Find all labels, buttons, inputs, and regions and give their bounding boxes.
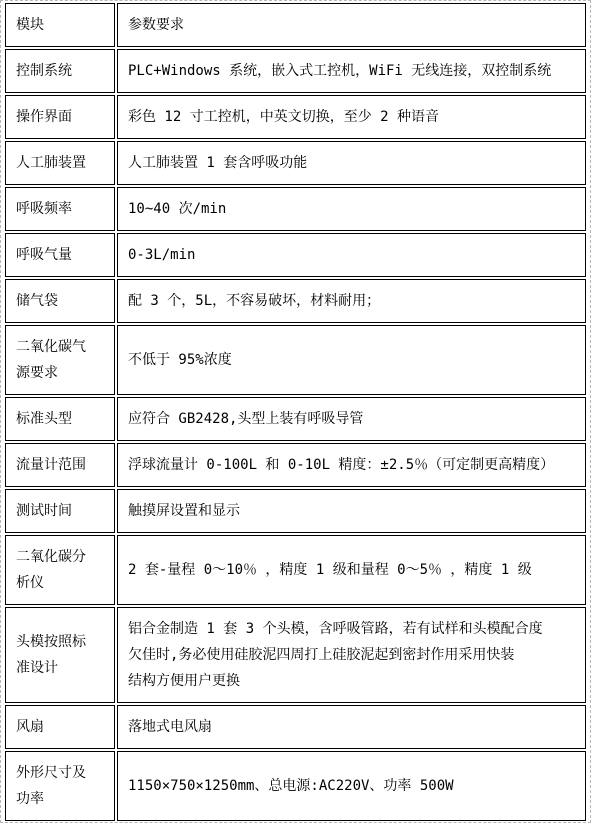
spec-row-dimensions-power: 外形尺寸及 功率 1150×750×1250mm、总电源:AC220V、功率 5… xyxy=(5,751,586,821)
spec-row-breath-rate: 呼吸频率 10~40 次/min xyxy=(5,187,586,231)
requirement-cell: 落地式电风扇 xyxy=(117,705,586,749)
spec-row-co2-analyzer: 二氧化碳分 析仪 2 套-量程 0～10％ ，精度 1 级和量程 0～5％ ，精… xyxy=(5,535,586,605)
module-header-cell: 模块 xyxy=(5,3,115,47)
spec-row-gas-bag: 储气袋 配 3 个，5L，不容易破坏，材料耐用； xyxy=(5,279,586,323)
requirement-cell: 浮球流量计 0-100L 和 0-10L 精度：±2.5％（可定制更高精度） xyxy=(117,443,586,487)
spec-header-row: 模块 参数要求 xyxy=(5,3,586,47)
spec-row-standard-head: 标准头型 应符合 GB2428,头型上装有呼吸导管 xyxy=(5,397,586,441)
module-cell: 人工肺装置 xyxy=(5,141,115,185)
requirement-cell: 不低于 95%浓度 xyxy=(117,325,586,395)
module-cell: 呼吸气量 xyxy=(5,233,115,277)
spec-row-co2-source: 二氧化碳气 源要求 不低于 95%浓度 xyxy=(5,325,586,395)
spec-row-breath-volume: 呼吸气量 0-3L/min xyxy=(5,233,586,277)
module-cell: 二氧化碳分 析仪 xyxy=(5,535,115,605)
requirement-cell: 配 3 个，5L，不容易破坏，材料耐用； xyxy=(117,279,586,323)
module-cell: 头模按照标 准设计 xyxy=(5,607,115,703)
module-cell: 标准头型 xyxy=(5,397,115,441)
requirement-header-cell: 参数要求 xyxy=(117,3,586,47)
requirement-cell: 1150×750×1250mm、总电源:AC220V、功率 500W xyxy=(117,751,586,821)
spec-row-head-mold: 头模按照标 准设计 铝合金制造 1 套 3 个头模，含呼吸管路，若有试样和头模配… xyxy=(5,607,586,703)
module-cell: 储气袋 xyxy=(5,279,115,323)
spec-row-artificial-lung: 人工肺装置 人工肺装置 1 套含呼吸功能 xyxy=(5,141,586,185)
spec-table: 模块 参数要求 控制系统 PLC+Windows 系统，嵌入式工控机，WiFi … xyxy=(3,1,588,823)
module-cell: 外形尺寸及 功率 xyxy=(5,751,115,821)
requirement-cell: 0-3L/min xyxy=(117,233,586,277)
spec-row-test-time: 测试时间 触摸屏设置和显示 xyxy=(5,489,586,533)
requirement-cell: PLC+Windows 系统，嵌入式工控机，WiFi 无线连接，双控制系统 xyxy=(117,49,586,93)
requirement-cell: 2 套-量程 0～10％ ，精度 1 级和量程 0～5％ ，精度 1 级 xyxy=(117,535,586,605)
module-cell: 风扇 xyxy=(5,705,115,749)
requirement-cell: 彩色 12 寸工控机，中英文切换，至少 2 种语音 xyxy=(117,95,586,139)
requirement-cell: 人工肺装置 1 套含呼吸功能 xyxy=(117,141,586,185)
module-cell: 流量计范围 xyxy=(5,443,115,487)
module-cell: 二氧化碳气 源要求 xyxy=(5,325,115,395)
requirement-cell: 10~40 次/min xyxy=(117,187,586,231)
spec-row-flowmeter-range: 流量计范围 浮球流量计 0-100L 和 0-10L 精度：±2.5％（可定制更… xyxy=(5,443,586,487)
spec-row-operation-interface: 操作界面 彩色 12 寸工控机，中英文切换，至少 2 种语音 xyxy=(5,95,586,139)
requirement-cell: 触摸屏设置和显示 xyxy=(117,489,586,533)
module-cell: 控制系统 xyxy=(5,49,115,93)
spec-row-fan: 风扇 落地式电风扇 xyxy=(5,705,586,749)
module-cell: 呼吸频率 xyxy=(5,187,115,231)
requirement-cell: 铝合金制造 1 套 3 个头模，含呼吸管路，若有试样和头模配合度 欠佳时,务必使… xyxy=(117,607,586,703)
spec-row-control-system: 控制系统 PLC+Windows 系统，嵌入式工控机，WiFi 无线连接，双控制… xyxy=(5,49,586,93)
spec-document-page: 模块 参数要求 控制系统 PLC+Windows 系统，嵌入式工控机，WiFi … xyxy=(0,0,591,823)
module-cell: 操作界面 xyxy=(5,95,115,139)
module-cell: 测试时间 xyxy=(5,489,115,533)
requirement-cell: 应符合 GB2428,头型上装有呼吸导管 xyxy=(117,397,586,441)
